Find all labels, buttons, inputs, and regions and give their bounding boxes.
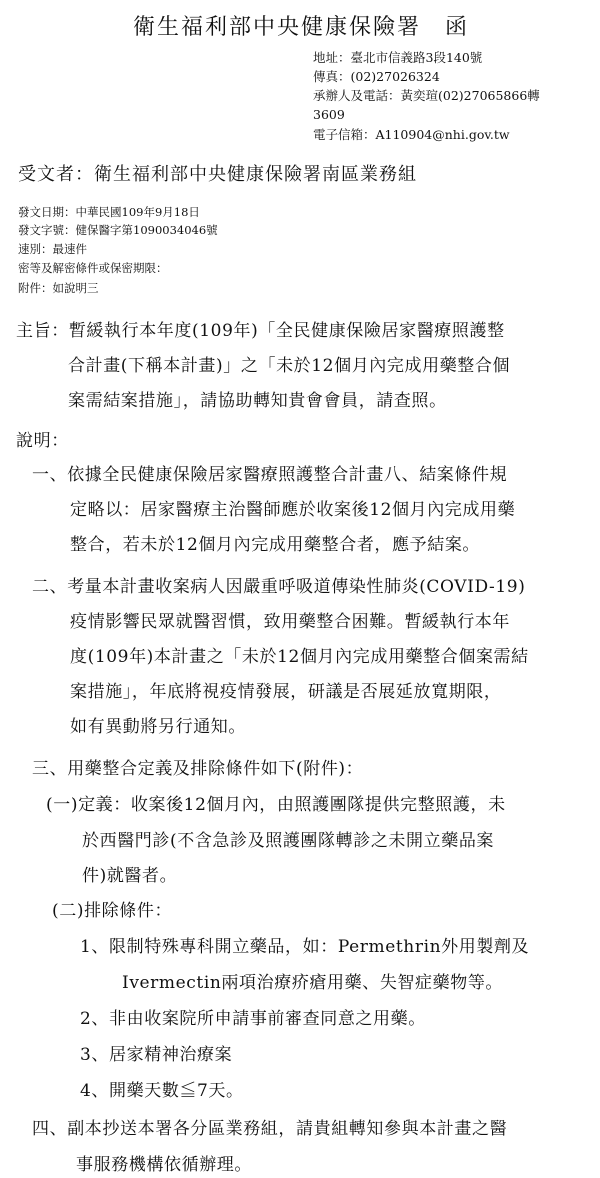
item-line: 定略以：居家醫療主治醫師應於收案後12個月內完成用藥 (70, 495, 515, 520)
security-level: 密等及解密條件或保密期限： (18, 259, 168, 277)
subject-line: 主旨：暫緩執行本年度(109年)「全民健康保險居家醫療照護整 (16, 316, 505, 341)
exclusion-item: 1、限制特殊專科開立藥品，如：Permethrin外用製劑及 (80, 932, 529, 957)
item-line: 如有異動將另行通知。 (70, 712, 246, 737)
item-line: 二、考量本計畫收案病人因嚴重呼吸道傳染性肺炎(COVID-19) (32, 572, 525, 597)
item-line: 四、副本抄送本署各分區業務組，請貴組轉知參與本計畫之醫 (32, 1114, 507, 1139)
item-line: 疫情影響民眾就醫習慣，致用藥整合困難。暫緩執行本年 (70, 607, 510, 632)
exclusion-heading: (二)排除條件： (52, 896, 172, 921)
speed: 速別：最速件 (18, 240, 87, 258)
item-line: 度(109年)本計畫之「未於12個月內完成用藥整合個案需結 (70, 642, 529, 667)
exclusion-item: 4、開藥天數≦7天。 (80, 1076, 244, 1101)
address: 地址：臺北市信義路3段140號 (313, 48, 482, 67)
handler-phone-ext: 3609 (313, 105, 345, 124)
recipient: 受文者：衛生福利部中央健康保險署南區業務組 (18, 160, 417, 186)
email: 電子信箱：A110904@nhi.gov.tw (313, 125, 510, 144)
item-line: 三、用藥整合定義及排除條件如下(附件)： (32, 754, 363, 779)
issue-date: 發文日期：中華民國109年9月18日 (18, 203, 200, 221)
fax: 傳真：(02)27026324 (313, 67, 440, 86)
explanation-heading: 說明： (16, 426, 69, 451)
exclusion-item: Ivermectin兩項治療疥瘡用藥、失智症藥物等。 (122, 968, 503, 993)
attachment: 附件：如說明三 (18, 279, 99, 297)
doc-number: 發文字號：健保醫字第1090034046號 (18, 221, 218, 239)
item-line: 一、依據全民健康保險居家醫療照護整合計畫八、結案條件規 (32, 460, 507, 485)
item-line: 事服務機構依循辦理。 (76, 1150, 252, 1175)
item-line: 案措施」，年底將視疫情發展，研議是否展延放寬期限， (70, 677, 502, 702)
item-line: 整合，若未於12個月內完成用藥整合者，應予結案。 (70, 530, 480, 555)
document-title: 衛生福利部中央健康保險署 函 (133, 10, 469, 41)
subject-line: 案需結案措施」，請協助轉知貴會會員，請查照。 (68, 386, 447, 411)
definition-line: 件)就醫者。 (82, 861, 177, 886)
exclusion-item: 2、非由收案院所申請事前審查同意之用藥。 (80, 1004, 426, 1029)
definition-line: 於西醫門診(不含急診及照護團隊轉診之未開立藥品案 (82, 826, 494, 851)
handler-phone: 承辦人及電話：黃奕瑄(02)27065866轉 (313, 86, 540, 105)
subject-line: 合計畫(下稱本計畫)」之「未於12個月內完成用藥整合個 (68, 351, 510, 376)
definition-line: (一)定義：收案後12個月內，由照護團隊提供完整照護，未 (46, 790, 506, 815)
exclusion-item: 3、居家精神治療案 (80, 1040, 232, 1065)
